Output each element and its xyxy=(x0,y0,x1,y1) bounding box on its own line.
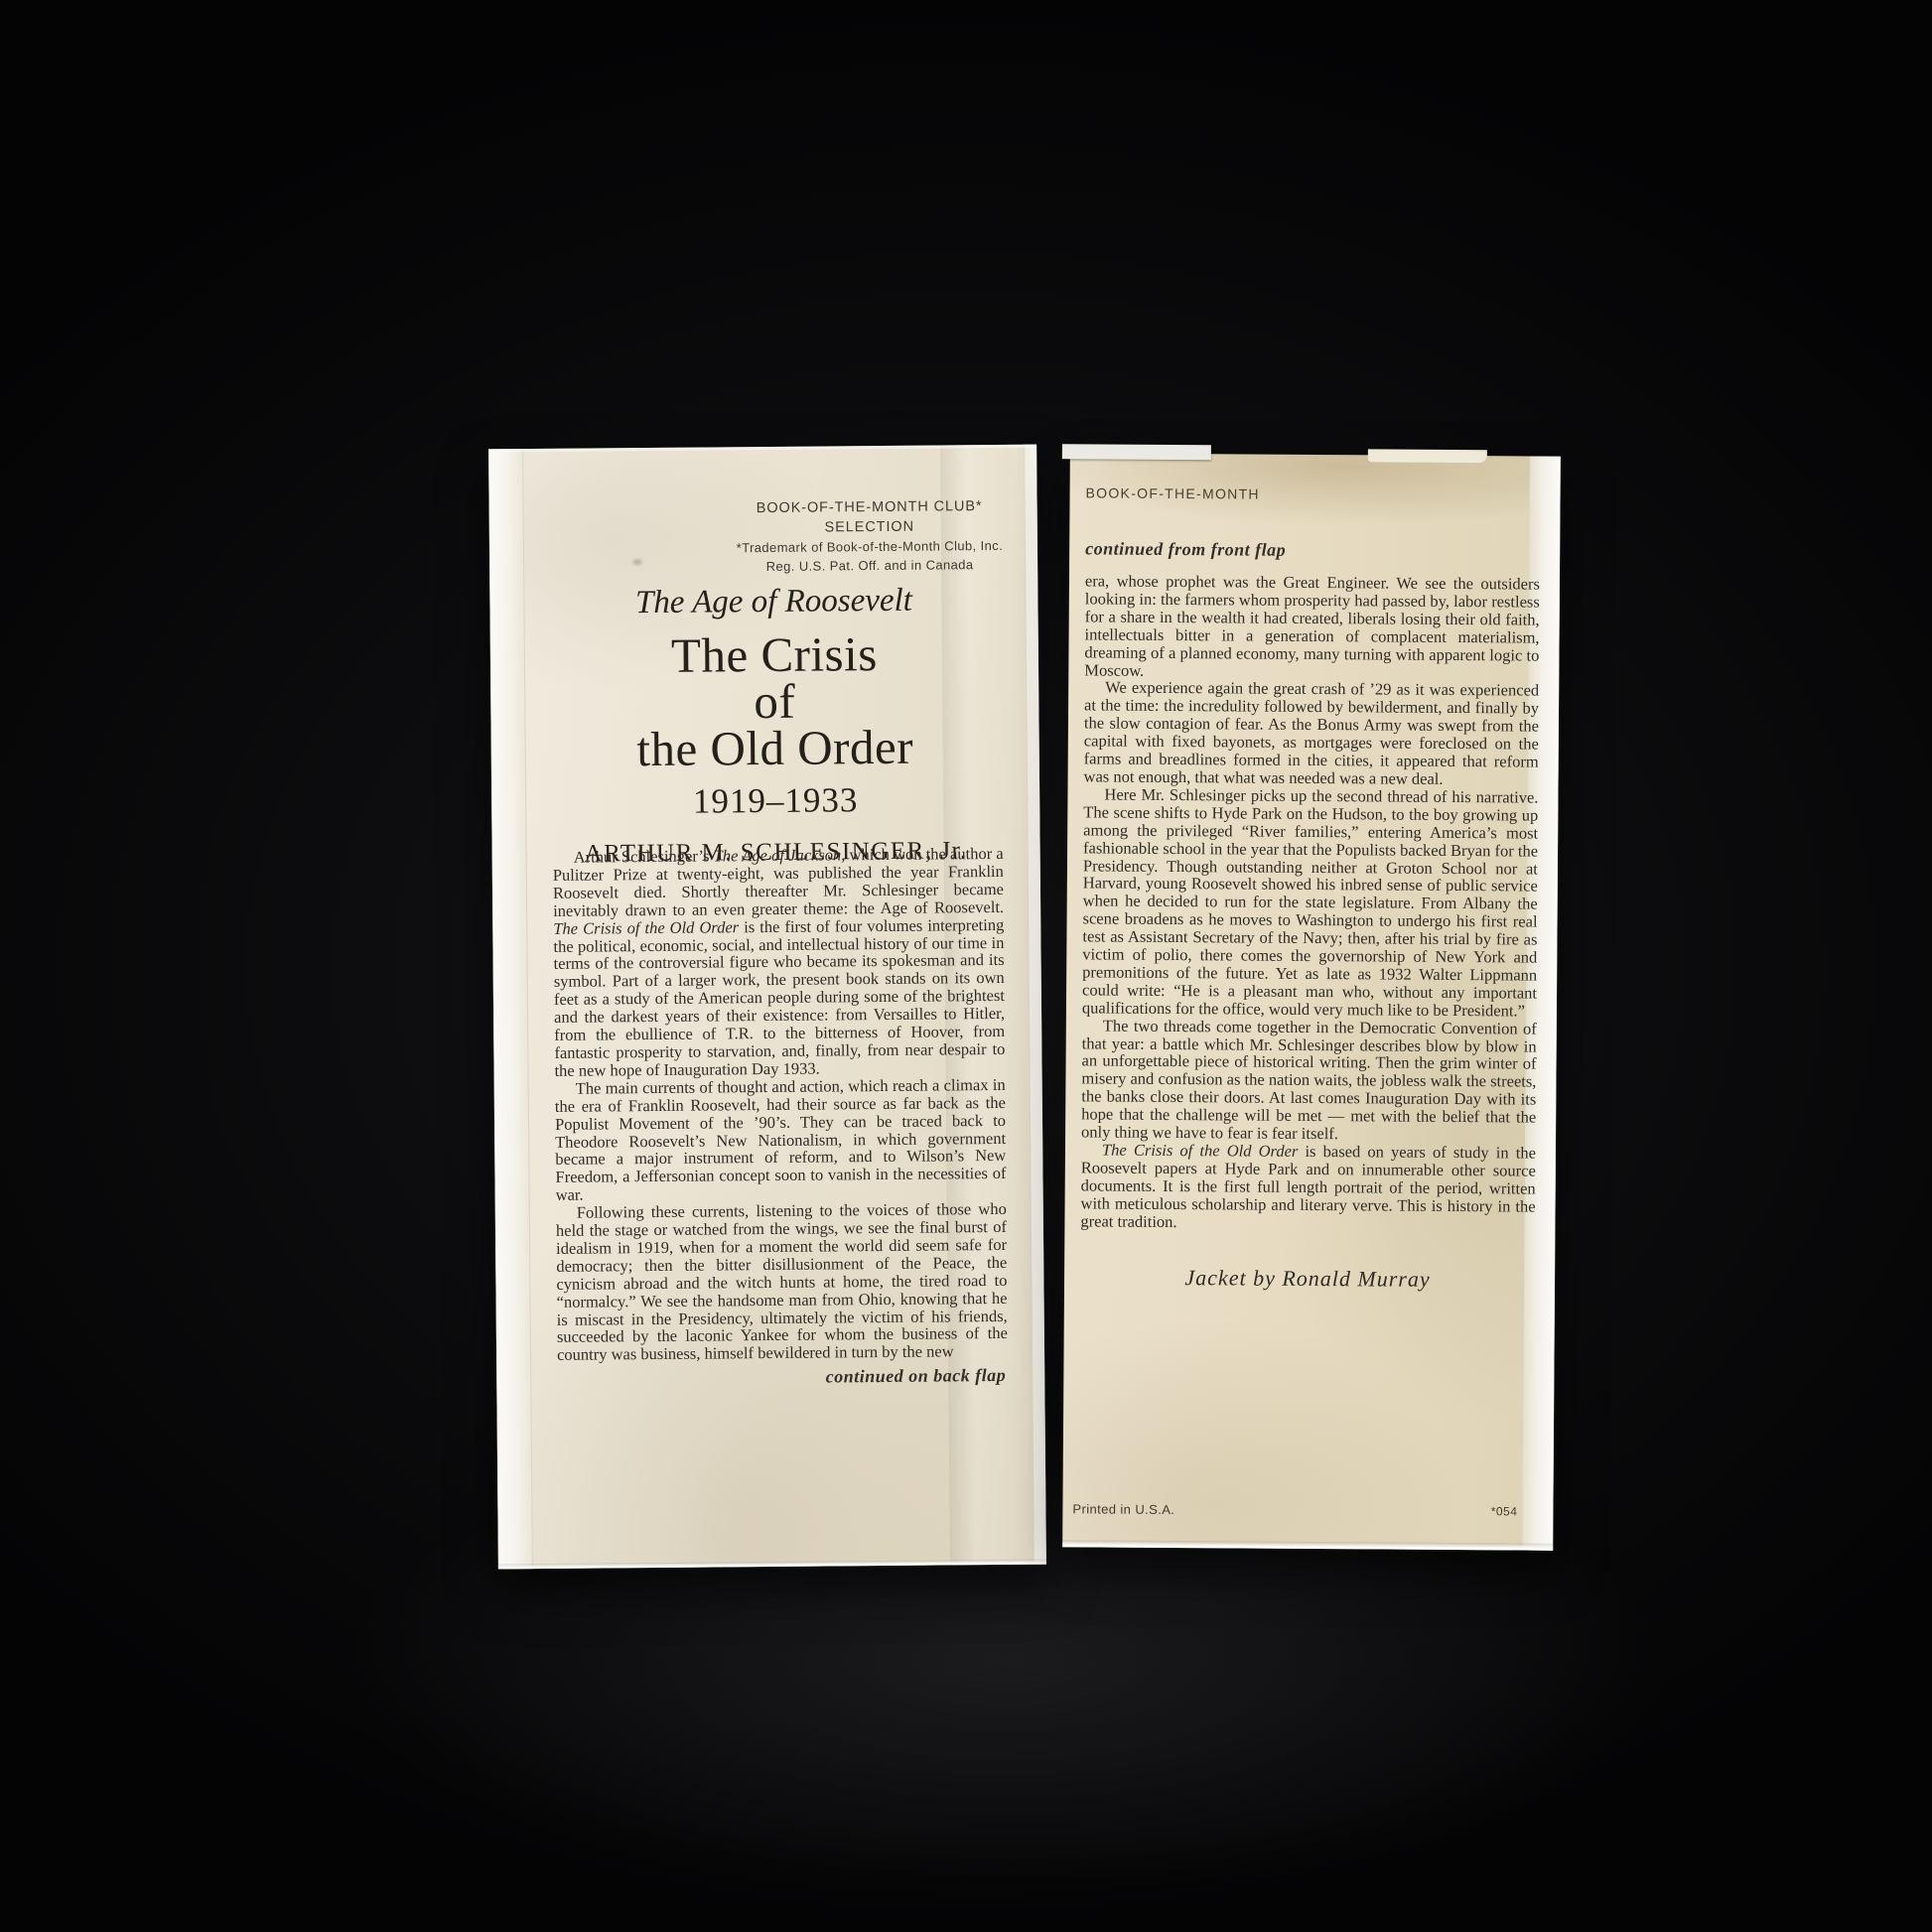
jacket-credit: Jacket by Ronald Murray xyxy=(1080,1268,1535,1289)
board-edge-sliver xyxy=(1062,444,1211,460)
continued-on-back-note: continued on back flap xyxy=(557,1367,1008,1389)
back-flap: BOOK-OF-THE-MONTH continued from front f… xyxy=(1062,453,1561,1550)
pencil-mark xyxy=(630,557,644,567)
front-flap-text: Arthur Schlesinger’s The Age of Jackson,… xyxy=(553,845,1009,1389)
book-title-line3: the Old Order xyxy=(547,723,1004,773)
title-block: The Age of Roosevelt The Crisis of the O… xyxy=(545,582,1004,869)
book-title-line2: of xyxy=(546,676,1003,727)
front-flap: BOOK-OF-THE-MONTH CLUB* SELECTION *Trade… xyxy=(488,445,1046,1570)
continued-from-front-note: continued from front flap xyxy=(1085,538,1286,560)
book-title-line1: The Crisis xyxy=(546,629,1003,680)
paper-bottom-edge-highlight xyxy=(498,1560,1046,1570)
title-years: 1919–1933 xyxy=(547,779,1004,823)
back-flap-footer: Printed in U.S.A. *054 xyxy=(1072,1501,1517,1519)
jacket-fold-edge-left xyxy=(488,449,533,1569)
book-club-line1: BOOK-OF-THE-MONTH CLUB* SELECTION xyxy=(732,496,1008,538)
paper-bottom-edge-highlight xyxy=(1062,1540,1553,1550)
book-club-line3: Reg. U.S. Pat. Off. and in Canada xyxy=(732,555,1008,576)
back-flap-text: era, whose prophet was the Great Enginee… xyxy=(1080,572,1540,1289)
book-club-note: BOOK-OF-THE-MONTH CLUB* SELECTION *Trade… xyxy=(732,496,1009,576)
back-flap-paragraphs: era, whose prophet was the Great Enginee… xyxy=(1080,572,1540,1233)
paper-chip xyxy=(1368,449,1487,463)
book-club-header: BOOK-OF-THE-MONTH xyxy=(1086,484,1260,501)
printed-note: Printed in U.S.A. xyxy=(1072,1501,1174,1517)
book-photo-stage: BOOK-OF-THE-MONTH CLUB* SELECTION *Trade… xyxy=(0,0,1932,1932)
book-club-line2: *Trademark of Book-of-the-Month Club, In… xyxy=(732,536,1008,557)
series-title: The Age of Roosevelt xyxy=(545,582,1002,622)
front-flap-paragraphs: Arthur Schlesinger’s The Age of Jackson,… xyxy=(553,845,1009,1364)
catalog-code: *054 xyxy=(1491,1504,1518,1518)
